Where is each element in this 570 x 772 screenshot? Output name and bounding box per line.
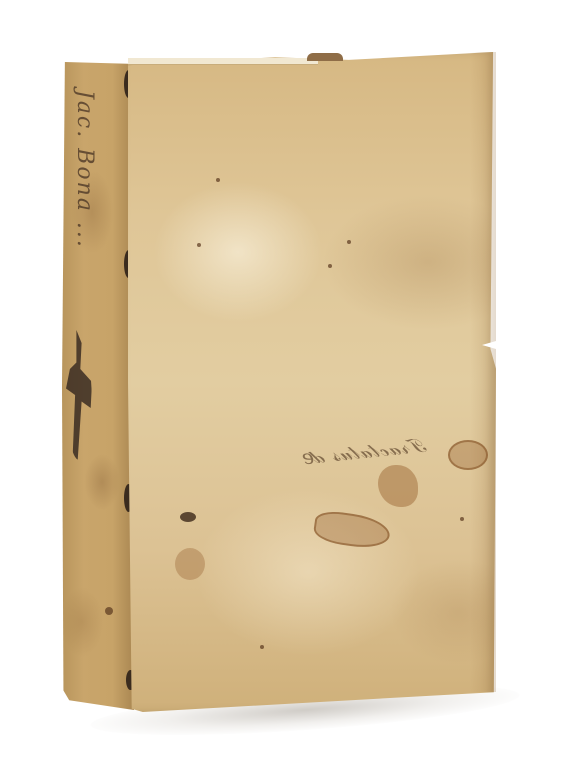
- foxing-spot: [216, 178, 220, 182]
- foxing-spot: [328, 264, 332, 268]
- foxing-spot: [197, 243, 201, 247]
- ink-spot: [180, 512, 196, 522]
- water-stain: [448, 440, 488, 470]
- text-block-top-edge: [128, 58, 318, 65]
- foxing-spot: [347, 240, 351, 244]
- photo-scene: Jac. Bona ... 𝒯𝓇𝒶𝒸𝓉𝒶𝓉𝓊𝓈 𝒹𝑒: [0, 0, 570, 772]
- water-stain: [175, 548, 205, 580]
- ink-spot: [105, 607, 113, 615]
- top-tab: [307, 53, 343, 61]
- book-front-cover: [128, 52, 496, 712]
- foxing-spot: [460, 517, 464, 521]
- cover-fore-edge: [470, 52, 496, 692]
- foxing-spot: [260, 645, 264, 649]
- spine-manuscript-title: Jac. Bona ...: [67, 90, 97, 390]
